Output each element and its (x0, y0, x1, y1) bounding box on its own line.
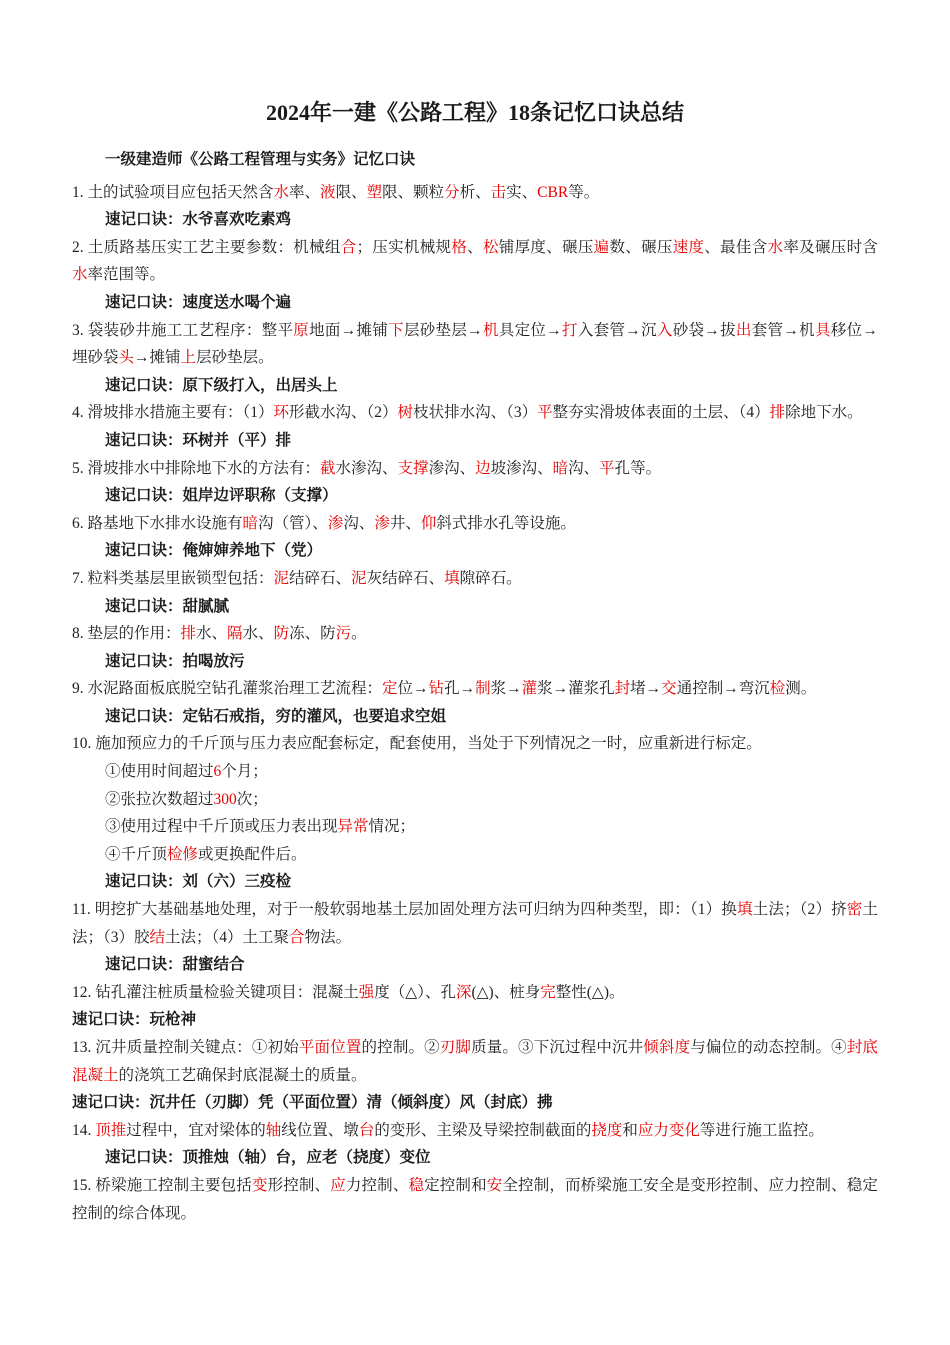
text-segment: 9. 水泥路面板底脱空钻孔灌浆治理工艺流程： (72, 680, 382, 697)
text-segment: 层砂垫层→ (404, 322, 483, 339)
text-segment: 整夯实滑坡体表面的土层、（4） (553, 404, 770, 421)
text-segment: 个月； (221, 763, 268, 780)
highlighted-text: 平 (537, 404, 553, 421)
text-segment: 力控制、 (346, 1177, 409, 1194)
text-segment: 物法。 (305, 929, 352, 946)
text-segment: 套管→机 (752, 322, 815, 339)
highlighted-text: 水 (768, 239, 784, 256)
text-segment: 沟、 (568, 460, 599, 477)
text-segment: 速记口诀：拍喝放污 (105, 653, 245, 670)
text-segment: 铺厚度、碾压 (499, 239, 594, 256)
highlighted-text: 检修 (167, 846, 198, 863)
highlighted-text: 平 (599, 460, 615, 477)
text-segment: 11. 明挖扩大基础基地处理，对于一般软弱地基土层加固处理方法可归纳为四种类型，… (72, 901, 737, 918)
text-segment: 水、 (196, 625, 227, 642)
text-segment: 质量。③下沉过程中沉井 (471, 1039, 643, 1056)
document-subtitle: 一级建造师《公路工程管理与实务》记忆口诀 (72, 146, 878, 174)
highlighted-text: 封 (615, 680, 631, 697)
mnemonic-line: 速记口诀：刘（六）三疫检 (72, 868, 878, 896)
mnemonic-line: 速记口诀：玩枪神 (72, 1006, 878, 1034)
highlighted-text: 速度 (673, 239, 705, 256)
mnemonic-line: 速记口诀：甜蜜结合 (72, 951, 878, 979)
text-segment: 速记口诀：甜蜜结合 (105, 956, 245, 973)
highlighted-text: 渗 (328, 515, 344, 532)
text-segment: 的浇筑工艺确保封底混凝土的质量。 (119, 1067, 367, 1084)
text-segment: 水、 (243, 625, 274, 642)
highlighted-text: 格 (451, 239, 467, 256)
text-segment: 13. 沉井质量控制关键点：①初始 (72, 1039, 299, 1056)
text-segment: 速记口诀：甜腻腻 (105, 598, 229, 615)
highlighted-text: 300 (214, 791, 237, 808)
text-segment: 、最佳含 (704, 239, 767, 256)
mnemonic-line: 速记口诀：姐岸边评职称（支撑） (72, 482, 878, 510)
text-segment: 定控制和 (424, 1177, 487, 1194)
document-blocks: 1. 土的试验项目应包括天然含水率、液限、塑限、颗粒分析、击实、CBR等。速记口… (72, 179, 878, 1228)
highlighted-text: 出 (736, 322, 752, 339)
list-item: 12. 钻孔灌注桩质量检验关键项目：混凝土强度（△）、孔深(△)、桩身完整性(△… (72, 979, 878, 1007)
text-segment: 。 (351, 625, 367, 642)
text-segment: 灰结碎石、 (367, 570, 445, 587)
highlighted-text: 结 (150, 929, 166, 946)
highlighted-text: 应 (330, 1177, 346, 1194)
text-segment: 8. 垫层的作用： (72, 625, 181, 642)
highlighted-text: 仰 (421, 515, 437, 532)
highlighted-text: 渗 (374, 515, 390, 532)
list-item: 9. 水泥路面板底脱空钻孔灌浆治理工艺流程：定位→钻孔→制浆→灌浆→灌浆孔封堵→… (72, 675, 878, 703)
highlighted-text: 强 (359, 984, 375, 1001)
text-segment: 井、 (390, 515, 421, 532)
text-segment: 速记口诀：俺婶婶养地下（党） (105, 542, 322, 559)
text-segment: (△)、桩身 (471, 984, 540, 1001)
highlighted-text: 松 (483, 239, 499, 256)
text-segment: 的控制。② (362, 1039, 440, 1056)
text-segment: 枝状排水沟、（3） (413, 404, 537, 421)
text-segment: 速记口诀：水爷喜欢吃素鸡 (105, 211, 291, 228)
text-segment: 数、碾压 (609, 239, 672, 256)
mnemonic-line: 速记口诀：沉井任（刃脚）凭（平面位置）清（倾斜度）风（封底）拂 (72, 1089, 878, 1117)
mnemonic-line: 速记口诀：速度送水喝个遍 (72, 289, 878, 317)
text-segment: 速记口诀：环树并（平）排 (105, 432, 291, 449)
text-segment: 通控制→弯沉 (677, 680, 770, 697)
highlighted-text: 击 (491, 184, 507, 201)
list-item: 6. 路基地下水排水设施有暗沟（管）、渗沟、渗井、仰斜式排水孔等设施。 (72, 510, 878, 538)
highlighted-text: 头 (119, 349, 135, 366)
highlighted-text: CBR (537, 184, 568, 201)
text-segment: 的变形、主梁及导梁控制截面的 (374, 1122, 591, 1139)
text-segment: 砂袋→拔 (673, 322, 736, 339)
highlighted-text: 台 (359, 1122, 375, 1139)
text-segment: 或更换配件后。 (198, 846, 307, 863)
list-item: 11. 明挖扩大基础基地处理，对于一般软弱地基土层加固处理方法可归纳为四种类型，… (72, 896, 878, 951)
text-segment: 浆→ (491, 680, 522, 697)
highlighted-text: 检 (770, 680, 786, 697)
text-segment: 沟（管）、 (258, 515, 328, 532)
highlighted-text: 轴 (266, 1122, 282, 1139)
list-item: 3. 袋装砂井施工工艺程序：整平原地面→摊铺下层砂垫层→机具定位→打入套管→沉入… (72, 317, 878, 372)
list-item: 2. 土质路基压实工艺主要参数：机械组合；压实机械规格、松铺厚度、碾压遍数、碾压… (72, 234, 878, 289)
text-segment: 率及碾压时含 (783, 239, 878, 256)
highlighted-text: 机 (483, 322, 499, 339)
text-segment: 结碎石、 (289, 570, 351, 587)
highlighted-text: 具 (815, 322, 831, 339)
text-segment: 等进行施工监控。 (700, 1122, 824, 1139)
sub-item: ②张拉次数超过300次； (72, 786, 878, 814)
document-title: 2024年一建《公路工程》18条记忆口诀总结 (72, 96, 878, 130)
highlighted-text: 应力变化 (638, 1122, 700, 1139)
text-segment: 限、 (336, 184, 367, 201)
highlighted-text: 水 (72, 266, 88, 283)
highlighted-text: 刃脚 (440, 1039, 471, 1056)
mnemonic-line: 速记口诀：顶推烛（轴）台，应老（挠度）变位 (72, 1144, 878, 1172)
text-segment: 水渗沟、 (336, 460, 398, 477)
text-segment: 与偏位的动态控制。④ (690, 1039, 847, 1056)
highlighted-text: 挠度 (591, 1122, 622, 1139)
text-segment: 具定位→ (499, 322, 562, 339)
text-segment: 等。 (568, 184, 599, 201)
highlighted-text: 原 (293, 322, 309, 339)
mnemonic-line: 速记口诀：甜腻腻 (72, 593, 878, 621)
highlighted-text: 截 (320, 460, 336, 477)
text-segment: 率范围等。 (88, 266, 166, 283)
mnemonic-line: 速记口诀：环树并（平）排 (72, 427, 878, 455)
text-segment: 线位置、墩 (281, 1122, 359, 1139)
text-segment: 速记口诀：姐岸边评职称（支撑） (105, 487, 338, 504)
highlighted-text: 完 (540, 984, 556, 1001)
highlighted-text: 合 (289, 929, 305, 946)
highlighted-text: 防 (274, 625, 290, 642)
text-segment: 位→ (398, 680, 429, 697)
highlighted-text: 暗 (243, 515, 259, 532)
text-segment: 4. 滑坡排水措施主要有：（1） (72, 404, 274, 421)
text-segment: 6. 路基地下水排水设施有 (72, 515, 243, 532)
text-segment: 析、 (460, 184, 491, 201)
list-item: 7. 粒料类基层里嵌锁型包括：泥结碎石、泥灰结碎石、填隙碎石。 (72, 565, 878, 593)
highlighted-text: 稳 (408, 1177, 424, 1194)
highlighted-text: 钻 (429, 680, 445, 697)
text-segment: 速记口诀：顶推烛（轴）台，应老（挠度）变位 (105, 1149, 431, 1166)
highlighted-text: 泥 (351, 570, 367, 587)
highlighted-text: 交 (661, 680, 677, 697)
mnemonic-line: 速记口诀：俺婶婶养地下（党） (72, 537, 878, 565)
text-segment: ③使用过程中千斤顶或压力表出现 (105, 818, 338, 835)
sub-item: ④千斤顶检修或更换配件后。 (72, 841, 878, 869)
text-segment: 5. 滑坡排水中排除地下水的方法有： (72, 460, 320, 477)
highlighted-text: 打 (562, 322, 578, 339)
text-segment: 次； (237, 791, 268, 808)
text-segment: 层砂垫层。 (196, 349, 274, 366)
text-segment: 过程中，宜对梁体的 (126, 1122, 266, 1139)
text-segment: 速记口诀：刘（六）三疫检 (105, 873, 291, 890)
document-page: 2024年一建《公路工程》18条记忆口诀总结 一级建造师《公路工程管理与实务》记… (0, 0, 950, 1345)
text-segment: 孔等。 (615, 460, 662, 477)
text-segment: ②张拉次数超过 (105, 791, 214, 808)
list-item: 13. 沉井质量控制关键点：①初始平面位置的控制。②刃脚质量。③下沉过程中沉井倾… (72, 1034, 878, 1089)
highlighted-text: 水 (274, 184, 290, 201)
text-segment: ④千斤顶 (105, 846, 167, 863)
mnemonic-line: 速记口诀：原下级打入，出居头上 (72, 372, 878, 400)
highlighted-text: 密 (847, 901, 863, 918)
mnemonic-line: 速记口诀：拍喝放污 (72, 648, 878, 676)
highlighted-text: 入 (657, 322, 673, 339)
mnemonic-line: 速记口诀：定钻石戒指，穷的灌风，也要追求空姐 (72, 703, 878, 731)
text-segment: 形控制、 (268, 1177, 331, 1194)
highlighted-text: 排 (181, 625, 197, 642)
text-segment: 情况； (369, 818, 416, 835)
text-segment: 和 (622, 1122, 638, 1139)
highlighted-text: 填 (444, 570, 460, 587)
sub-item: ③使用过程中千斤顶或压力表出现异常情况； (72, 813, 878, 841)
text-segment: 速记口诀：定钻石戒指，穷的灌风，也要追求空姐 (105, 708, 446, 725)
highlighted-text: 边 (475, 460, 491, 477)
text-segment: 15. 桥梁施工控制主要包括 (72, 1177, 252, 1194)
text-segment: 整性(△)。 (556, 984, 625, 1001)
text-segment: 3. 袋装砂井施工工艺程序：整平 (72, 322, 293, 339)
highlighted-text: 液 (320, 184, 336, 201)
text-segment: 土法；（4）土工聚 (165, 929, 289, 946)
highlighted-text: 环 (274, 404, 290, 421)
text-segment: 地面→摊铺 (309, 322, 388, 339)
text-segment: 2. 土质路基压实工艺主要参数：机械组 (72, 239, 341, 256)
text-segment: 冻、防 (289, 625, 336, 642)
highlighted-text: 塑 (367, 184, 383, 201)
highlighted-text: 暗 (553, 460, 569, 477)
highlighted-text: 树 (398, 404, 414, 421)
highlighted-text: 填 (737, 901, 753, 918)
text-segment: 1. 土的试验项目应包括天然含 (72, 184, 274, 201)
text-segment: 速记口诀：速度送水喝个遍 (105, 294, 291, 311)
list-item: 8. 垫层的作用：排水、隔水、防冻、防污。 (72, 620, 878, 648)
list-item: 15. 桥梁施工控制主要包括变形控制、应力控制、稳定控制和安全控制，而桥梁施工安… (72, 1172, 878, 1227)
text-segment: 斜式排水孔等设施。 (436, 515, 576, 532)
text-segment: 堵→ (630, 680, 661, 697)
list-item: 10. 施加预应力的千斤顶与压力表应配套标定，配套使用，当处于下列情况之一时，应… (72, 730, 878, 758)
highlighted-text: 上 (181, 349, 197, 366)
text-segment: 实、 (506, 184, 537, 201)
text-segment: 孔→ (444, 680, 475, 697)
text-segment: 土法；（2）挤 (753, 901, 847, 918)
highlighted-text: 泥 (274, 570, 290, 587)
text-segment: 度（△）、孔 (374, 984, 456, 1001)
text-segment: 速记口诀：沉井任（刃脚）凭（平面位置）清（倾斜度）风（封底）拂 (72, 1094, 553, 1111)
highlighted-text: 异常 (338, 818, 369, 835)
highlighted-text: 遍 (594, 239, 610, 256)
highlighted-text: 安 (487, 1177, 503, 1194)
highlighted-text: 变 (252, 1177, 268, 1194)
highlighted-text: 深 (456, 984, 472, 1001)
text-segment: 、 (467, 239, 483, 256)
list-item: 5. 滑坡排水中排除地下水的方法有：截水渗沟、支撑渗沟、边坡渗沟、暗沟、平孔等。 (72, 455, 878, 483)
text-segment: ；压实机械规 (357, 239, 452, 256)
text-segment: 7. 粒料类基层里嵌锁型包括： (72, 570, 274, 587)
text-segment: 速记口诀：玩枪神 (72, 1011, 196, 1028)
text-segment: 浆→灌浆孔 (537, 680, 615, 697)
text-segment: 率、 (289, 184, 320, 201)
text-segment: 测。 (785, 680, 816, 697)
highlighted-text: 灌 (522, 680, 538, 697)
text-segment: 坡渗沟、 (491, 460, 553, 477)
highlighted-text: 排 (770, 404, 786, 421)
text-segment: 10. 施加预应力的千斤顶与压力表应配套标定，配套使用，当处于下列情况之一时，应… (72, 735, 762, 752)
text-segment: 形截水沟、（2） (289, 404, 398, 421)
text-segment: 隙碎石。 (460, 570, 522, 587)
sub-item: ①使用时间超过6个月； (72, 758, 878, 786)
highlighted-text: 合 (341, 239, 357, 256)
highlighted-text: 倾斜度 (643, 1039, 690, 1056)
highlighted-text: 制 (475, 680, 491, 697)
highlighted-text: 污 (336, 625, 352, 642)
document-body: 一级建造师《公路工程管理与实务》记忆口诀 1. 土的试验项目应包括天然含水率、液… (72, 146, 878, 1227)
highlighted-text: 顶推 (95, 1122, 126, 1139)
list-item: 1. 土的试验项目应包括天然含水率、液限、塑限、颗粒分析、击实、CBR等。 (72, 179, 878, 207)
text-segment: 14. (72, 1122, 95, 1139)
text-segment: 入套管→沉 (578, 322, 657, 339)
list-item: 14. 顶推过程中，宜对梁体的轴线位置、墩台的变形、主梁及导梁控制截面的挠度和应… (72, 1117, 878, 1145)
highlighted-text: 平面位置 (299, 1039, 362, 1056)
highlighted-text: 定 (382, 680, 398, 697)
text-segment: ①使用时间超过 (105, 763, 214, 780)
text-segment: 速记口诀：原下级打入，出居头上 (105, 377, 338, 394)
highlighted-text: 下 (388, 322, 404, 339)
mnemonic-line: 速记口诀：水爷喜欢吃素鸡 (72, 206, 878, 234)
text-segment: 限、颗粒 (382, 184, 444, 201)
highlighted-text: 支撑 (398, 460, 429, 477)
highlighted-text: 分 (444, 184, 460, 201)
text-segment: →摊铺 (134, 349, 181, 366)
list-item: 4. 滑坡排水措施主要有：（1）环形截水沟、（2）树枝状排水沟、（3）平整夯实滑… (72, 399, 878, 427)
text-segment: 沟、 (343, 515, 374, 532)
text-segment: 除地下水。 (785, 404, 863, 421)
highlighted-text: 隔 (227, 625, 243, 642)
text-segment: 渗沟、 (429, 460, 476, 477)
text-segment: 12. 钻孔灌注桩质量检验关键项目：混凝土 (72, 984, 359, 1001)
